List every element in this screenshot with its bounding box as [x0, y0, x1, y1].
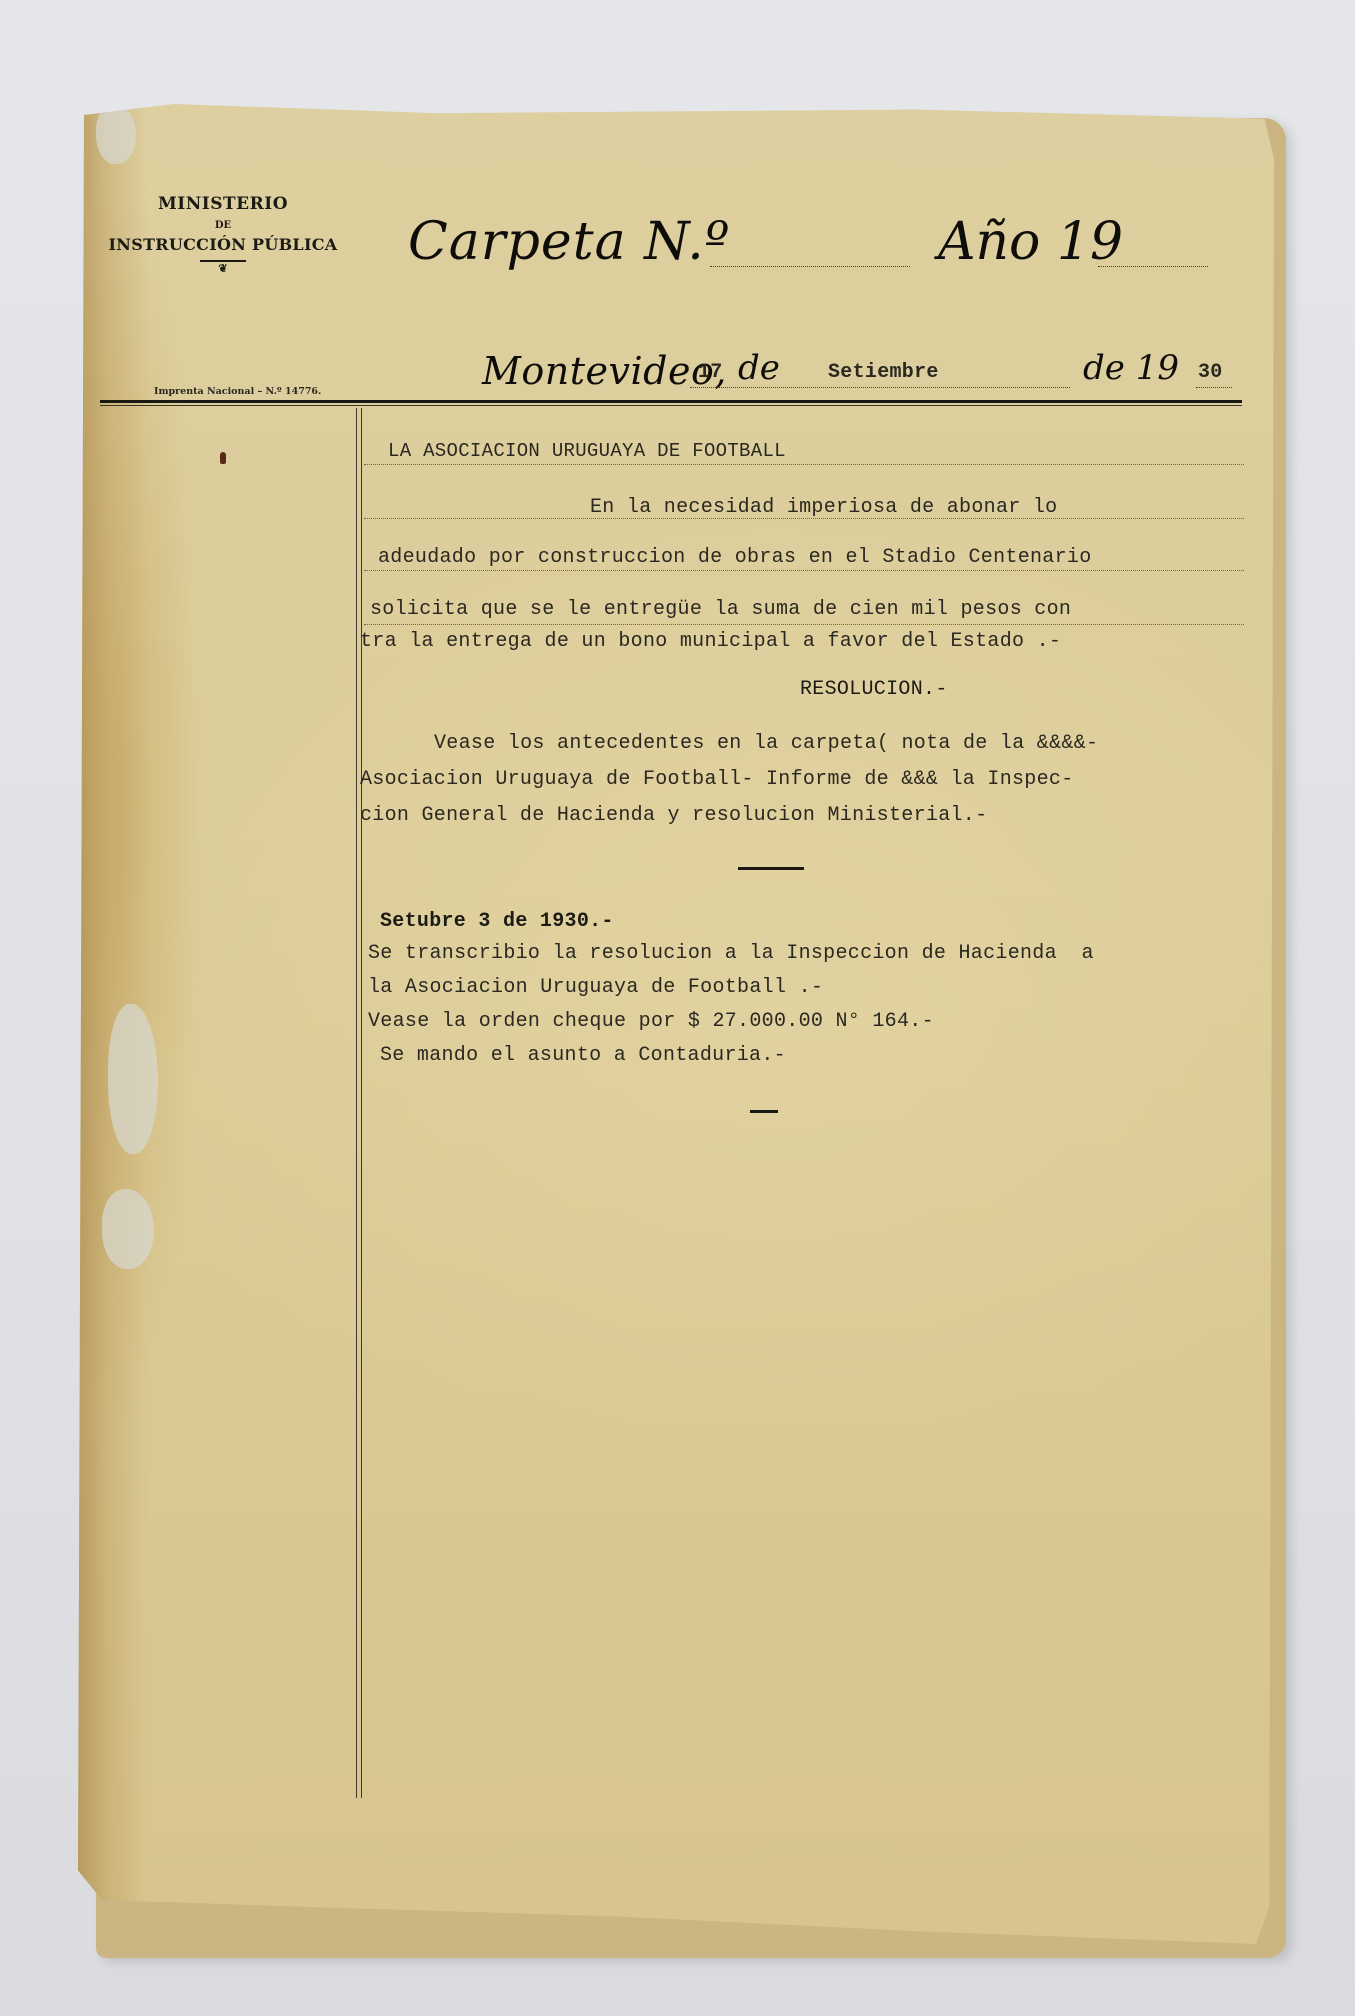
ano-label: Año 19 [938, 212, 1123, 272]
margin-line [356, 408, 357, 1798]
ministry-de: DE [98, 220, 348, 231]
imprint-note: Imprenta Nacional – N.º 14776. [154, 386, 321, 397]
resolution-line: Vease los antecedentes en la carpeta( no… [434, 732, 1098, 755]
ministry-subtitle: INSTRUCCIÓN PÚBLICA [98, 235, 348, 254]
addressee: LA ASOCIACION URUGUAYA DE FOOTBALL [388, 440, 786, 462]
date-month: Setiembre [828, 361, 939, 384]
margin-line [361, 408, 362, 1798]
stain-spot [96, 104, 136, 164]
note-line: la Asociacion Uruguaya de Football .- [368, 976, 823, 999]
end-mark [750, 1110, 778, 1113]
ano-field [1098, 266, 1208, 267]
resolution-line: cion General de Hacienda y resolucion Mi… [360, 804, 987, 827]
header-rule-thin [100, 405, 1242, 406]
note-date: Setubre 3 de 1930.- [380, 910, 614, 933]
ministry-header: MINISTERIO DE INSTRUCCIÓN PÚBLICA ❦ [98, 194, 348, 274]
stain-spot [108, 1004, 158, 1154]
date-year: 30 [1198, 361, 1223, 384]
ministry-title: MINISTERIO [98, 194, 348, 214]
fleuron-icon: ❦ [98, 264, 348, 274]
date-rule [690, 387, 1070, 388]
ruled-line [364, 464, 1244, 465]
petition-line: adeudado por construccion de obras en el… [378, 546, 1092, 569]
date-de: de [738, 348, 780, 388]
ruled-line [364, 570, 1244, 571]
ruled-line [364, 624, 1244, 625]
note-line: Se transcribio la resolucion a la Inspec… [368, 942, 1094, 965]
petition-line: En la necesidad imperiosa de abonar lo [590, 496, 1057, 519]
note-line: Vease la orden cheque por $ 27.000.00 N°… [368, 1010, 934, 1033]
ink-mark [220, 452, 226, 464]
resolution-heading: RESOLUCION.- [800, 678, 948, 701]
document-page: MINISTERIO DE INSTRUCCIÓN PÚBLICA ❦ Impr… [78, 104, 1274, 1944]
header-rule [100, 400, 1242, 403]
carpeta-label: Carpeta N.º [408, 212, 730, 272]
resolution-line: Asociacion Uruguaya de Football- Informe… [360, 768, 1074, 791]
petition-line: solicita que se le entregüe la suma de c… [370, 598, 1071, 621]
date-day: 17 [698, 361, 723, 384]
year-rule [1196, 387, 1232, 388]
stain-spot [102, 1189, 154, 1269]
note-line: Se mando el asunto a Contaduria.- [380, 1044, 786, 1067]
petition-line: tra la entrega de un bono municipal a fa… [360, 630, 1061, 653]
section-divider [738, 867, 804, 870]
date-year-prefix: de 19 [1083, 348, 1179, 388]
carpeta-number-field [710, 266, 910, 267]
